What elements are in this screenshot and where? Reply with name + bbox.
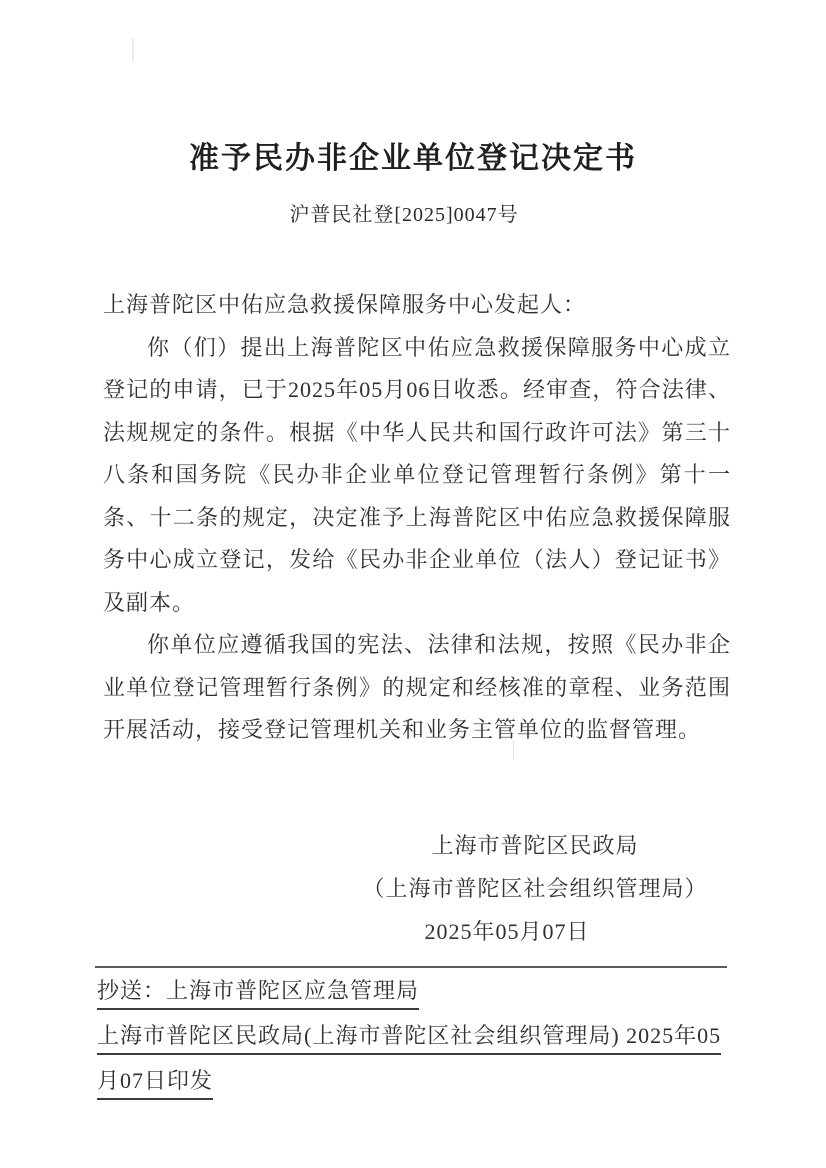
footer-issuer-row-continued: 月07日印发 — [95, 1058, 727, 1103]
document-page: 准予民办非企业单位登记决定书 沪普民社登[2025]0047号 上海普陀区中佑应… — [0, 0, 826, 1168]
document-number: 沪普民社登[2025]0047号 — [0, 200, 826, 230]
issuer-line-continued: 月07日印发 — [97, 1068, 213, 1100]
footer-issuer-row: 上海市普陀区民政局(上海市普陀区社会组织管理局) 2025年05 — [95, 1013, 727, 1058]
document-body: 上海普陀区中佑应急救援保障服务中心发起人： 你（们）提出上海普陀区中佑应急救援保… — [103, 284, 731, 752]
cc-line: 抄送：上海市普陀区应急管理局 — [97, 978, 419, 1010]
body-paragraph-2: 你单位应遵循我国的宪法、法律和法规，按照《民办非企业单位登记管理暂行条例》的规定… — [103, 624, 731, 752]
signature-block: 上海市普陀区民政局 （上海市普陀区社会组织管理局） 2025年05月07日 — [340, 824, 730, 953]
footer-cc-row: 抄送：上海市普陀区应急管理局 — [95, 968, 727, 1013]
issuing-authority: 上海市普陀区民政局 — [340, 824, 730, 867]
salutation-line: 上海普陀区中佑应急救援保障服务中心发起人： — [103, 284, 731, 327]
document-title: 准予民办非企业单位登记决定书 — [0, 139, 826, 179]
body-paragraph-1: 你（们）提出上海普陀区中佑应急救援保障服务中心成立登记的申请，已于2025年05… — [103, 327, 731, 625]
footer: 抄送：上海市普陀区应急管理局 上海市普陀区民政局(上海市普陀区社会组织管理局) … — [95, 966, 727, 1103]
scan-artifact — [132, 38, 134, 62]
issue-date: 2025年05月07日 — [340, 910, 730, 953]
issuing-authority-alias: （上海市普陀区社会组织管理局） — [340, 867, 730, 910]
issuer-line: 上海市普陀区民政局(上海市普陀区社会组织管理局) 2025年05 — [97, 1023, 721, 1055]
